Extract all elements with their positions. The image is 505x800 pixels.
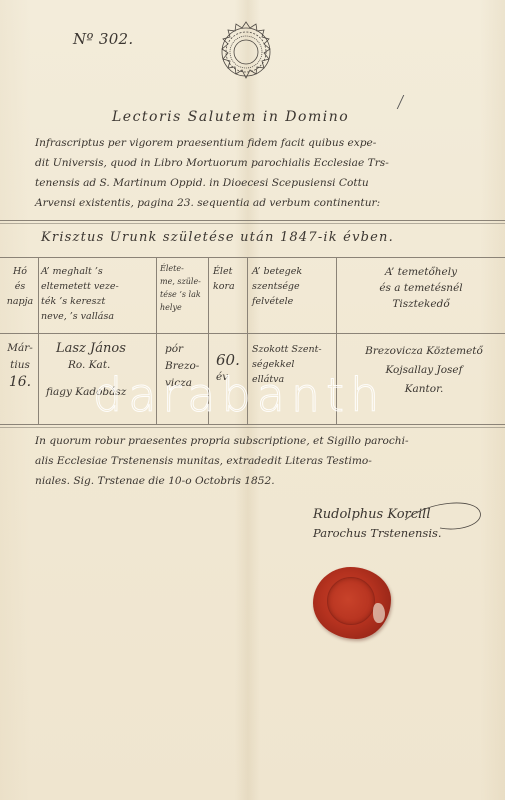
table-top-rule <box>0 220 505 221</box>
header-text: eltemetett veze- <box>41 279 119 294</box>
closing-line: alis Ecclesiae Trstenensis munitas, extr… <box>35 451 497 471</box>
header-cell-name: A’ meghalt ’s eltemetett veze- ték ’s ke… <box>41 264 119 324</box>
header-text: Tisztekedő <box>346 296 496 312</box>
table-bottom-rule <box>0 424 505 425</box>
signature-flourish-icon <box>400 498 485 538</box>
intro-line: Arvensi existentis, pagina 23. sequentia… <box>35 193 497 213</box>
watermark: darabanth <box>93 368 385 422</box>
ornament-stamp-icon <box>213 18 279 86</box>
closing-line: niales. Sig. Trstenae die 10-o Octobris … <box>35 471 497 491</box>
cell-text: Már- <box>4 340 36 357</box>
header-cell-date: Hó és napja <box>4 264 36 309</box>
header-text: és <box>4 279 36 294</box>
header-text: és a temetésnél <box>346 280 496 296</box>
seal-impression <box>327 577 375 625</box>
document-number: Nº 302. <box>73 30 133 48</box>
header-text: szentsége <box>252 279 302 294</box>
header-text: A’ temetőhely <box>346 264 496 280</box>
table-cell-date: Már- tius 16. <box>4 340 36 391</box>
header-cell-place: Élete- me, szüle- tése ’s lak helye <box>160 262 201 314</box>
closing-paragraph: In quorum robur praesentes propria subsc… <box>35 431 497 491</box>
intro-paragraph: Infrascriptus per vigorem praesentium fi… <box>35 133 497 213</box>
cell-text: Brezovicza Köztemető <box>344 342 504 361</box>
column-divider <box>38 257 39 424</box>
header-text: kora <box>213 279 235 294</box>
header-text: A’ betegek <box>252 264 302 279</box>
seal-chip <box>373 603 385 623</box>
header-text: neve, ’s vallása <box>41 309 119 324</box>
header-cell-age: Élet kora <box>213 264 235 294</box>
header-bottom-rule <box>0 333 505 334</box>
header-text: ték ’s kereszt <box>41 294 119 309</box>
intro-line: tenensis ad S. Martinum Oppid. in Dioece… <box>35 173 497 193</box>
wax-seal <box>313 567 391 639</box>
salutation-mark <box>397 95 413 109</box>
closing-line: In quorum robur praesentes propria subsc… <box>35 431 497 451</box>
header-text: Élet <box>213 264 235 279</box>
cell-text: tius <box>4 357 36 374</box>
cell-text: 16. <box>4 374 36 391</box>
header-text: A’ meghalt ’s <box>41 264 119 279</box>
table-bottom-rule-inner <box>0 427 505 428</box>
header-text: napja <box>4 294 36 309</box>
header-text: helye <box>160 301 201 314</box>
intro-line: dit Universis, quod in Libro Mortuorum p… <box>35 153 497 173</box>
header-text: tése ’s lak <box>160 288 201 301</box>
header-top-rule <box>0 257 505 258</box>
header-text: Élete- <box>160 262 201 275</box>
header-text: felvétele <box>252 294 302 309</box>
cell-text: Szokott Szent- <box>252 342 322 357</box>
header-text: me, szüle- <box>160 275 201 288</box>
header-text: Hó <box>4 264 36 279</box>
cell-text: 60. <box>216 352 240 369</box>
table-heading: Krisztus Urunk születése után 1847-ik év… <box>41 230 394 245</box>
document-page: Nº 302. Lectoris Salutem in Domino Infra… <box>0 0 505 800</box>
intro-line: Infrascriptus per vigorem praesentium fi… <box>35 133 497 153</box>
cell-text: Lasz János <box>46 340 156 357</box>
cell-text: pór <box>165 341 199 358</box>
salutation: Lectoris Salutem in Domino <box>112 109 349 125</box>
header-cell-burial: A’ temetőhely és a temetésnél Tisztekedő <box>346 264 496 312</box>
header-cell-sacraments: A’ betegek szentsége felvétele <box>252 264 302 309</box>
table-top-rule-inner <box>0 223 505 224</box>
